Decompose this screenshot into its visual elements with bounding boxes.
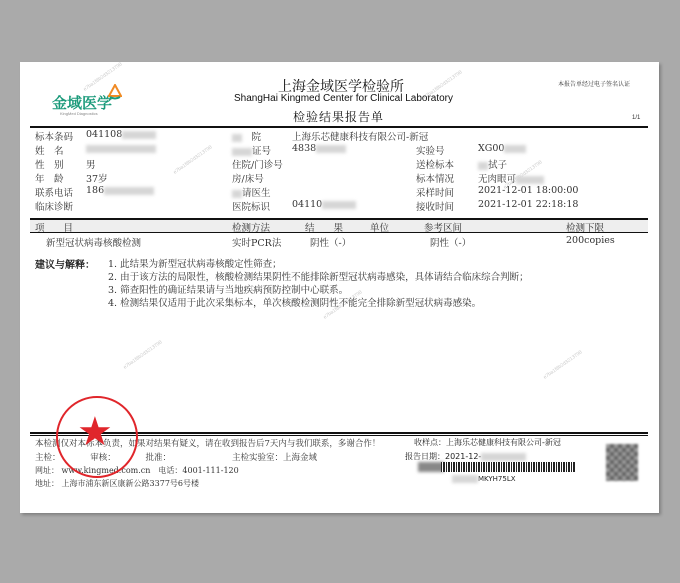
inpatient-label: 住院/门诊号	[232, 157, 283, 171]
receive-time-label: 接收时间	[416, 199, 454, 213]
hospital-label: 院	[232, 129, 261, 143]
seal-star-icon: ★	[77, 412, 113, 452]
advice-line-1: 1. 此结果为新型冠状病毒核酸定性筛查；	[108, 256, 282, 270]
id-value: 4838	[292, 143, 346, 154]
footer-address: 地址： 上海市浦东新区康新公路3377号6号楼	[35, 478, 199, 489]
brand-logo-text: 金域医学	[52, 92, 112, 113]
collect-time-label: 采样时间	[416, 185, 454, 199]
barcode-text: MKYH75LX	[452, 475, 516, 483]
sex-value: 男	[86, 157, 96, 171]
footer-website: 网址： www.kingmed.com.cn 电话：4001-111-120	[35, 465, 239, 476]
specimen-status-label: 标本情况	[416, 171, 454, 185]
lab-name-en: ShangHai Kingmed Center for Clinical Lab…	[234, 93, 453, 104]
lab-no-value: XG00	[478, 143, 526, 154]
official-seal: ★	[56, 396, 138, 478]
brand-logo-subtitle: KingMed Diagnostics	[60, 111, 98, 116]
collection-point: 收样点：上海乐芯健康科技有限公司-新冠	[414, 437, 561, 448]
advice-line-3: 3. 筛查阳性的确证结果请与当地疾病预防控制中心联系。	[108, 282, 348, 296]
barcode-label: 标本条码	[35, 129, 73, 143]
advice-line-4: 4. 检测结果仅适用于此次采集标本，单次核酸检测阴性不能完全排除新型冠状病毒感染…	[108, 295, 481, 309]
lab-report-document: e7ba1f8b2d3213798 e7ba1f8b2d3213798 e7ba…	[20, 62, 659, 513]
hospital-id-value: 04110	[292, 199, 356, 210]
footer-main-lab: 主检实验室：上海金域	[232, 451, 317, 463]
age-label: 年 龄	[35, 171, 64, 185]
sex-label: 性 别	[35, 157, 64, 171]
specimen-value: 拭子	[478, 157, 507, 171]
lab-no-label: 实验号	[416, 143, 445, 157]
specimen-status-value: 无肉眼可	[478, 171, 544, 185]
result-item: 新型冠状病毒核酸检测	[46, 235, 141, 249]
age-value: 37岁	[86, 171, 108, 185]
result-lod: 200copies	[566, 235, 615, 246]
table-header-divider	[30, 232, 648, 233]
report-barcode	[441, 462, 576, 472]
phone-label: 联系电话	[35, 185, 73, 199]
result-method: 实时PCR法	[232, 235, 281, 249]
collect-time-value: 2021-12-01 18:00:00	[478, 185, 578, 196]
specimen-label: 送检标本	[416, 157, 454, 171]
hospital-value: 上海乐芯健康科技有限公司-新冠	[292, 129, 428, 143]
phone-value: 186	[86, 185, 154, 196]
doctor-label: 请医生	[232, 185, 271, 199]
report-title: 检验结果报告单	[293, 108, 384, 125]
result-value: 阴性（-）	[310, 235, 351, 249]
barcode-value: 041108	[86, 129, 156, 140]
esign-note: 本报告单经过电子签名认证	[558, 79, 630, 88]
result-reference: 阴性（-）	[430, 235, 471, 249]
report-date: 报告日期：2021-12-	[405, 451, 526, 462]
diagnosis-label: 临床诊断	[35, 199, 73, 213]
id-label: 证号	[232, 143, 271, 157]
header-divider	[30, 126, 648, 128]
page-number: 1/1	[632, 115, 640, 121]
brand-logo-icon	[108, 84, 122, 100]
bed-label: 房/床号	[232, 171, 264, 185]
name-value	[86, 143, 156, 154]
advice-line-2: 2. 由于该方法的局限性，核酸检测结果阴性不能排除新型冠状病毒感染，具体请结合临…	[108, 269, 529, 283]
name-label: 姓 名	[35, 143, 64, 157]
qr-code	[606, 444, 638, 481]
receive-time-value: 2021-12-01 22:18:18	[478, 199, 578, 210]
hospital-id-label: 医院标识	[232, 199, 270, 213]
advice-title: 建议与解释：	[35, 256, 95, 271]
